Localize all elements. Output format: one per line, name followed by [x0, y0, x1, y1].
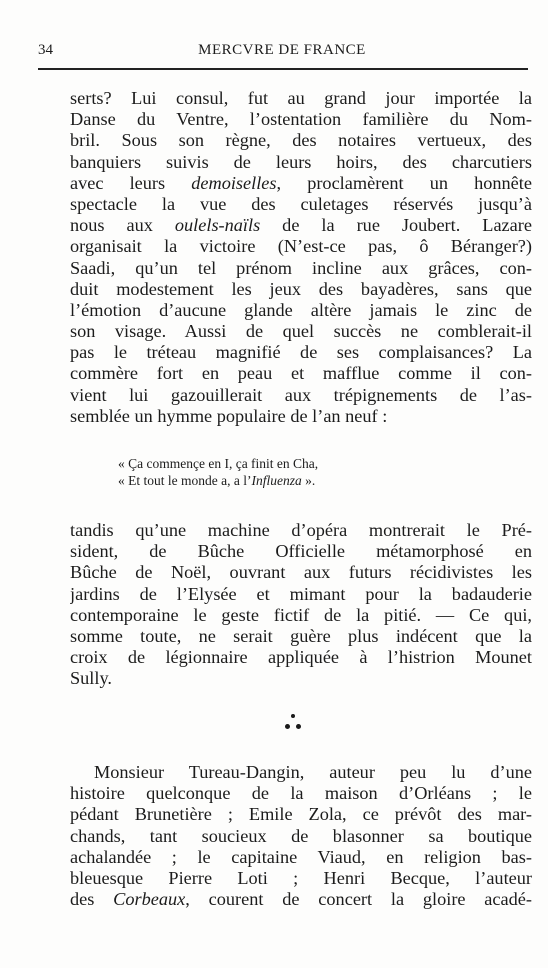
paragraph-2: tandis qu’une machine d’opéra montrerait…	[70, 520, 532, 690]
text-line: sident, de Bûche Officielle métamorphosé…	[70, 541, 532, 562]
text-line: serts? Lui consul, fut au grand jour imp…	[70, 88, 532, 109]
text-line: bleuesque Pierre Loti ; Henri Becque, l’…	[70, 868, 532, 889]
text-run: « Et tout le monde a, a l’	[118, 473, 251, 488]
text-line: spectacle la vue des culetages réservés …	[70, 194, 532, 215]
text-line: Monsieur Tureau-Dangin, auteur peu lu d’…	[70, 762, 532, 783]
verse-line: « Ça commençe en I, ça finit en Cha,	[118, 455, 418, 472]
text-line: semblée un hymme populaire de l’an neuf …	[70, 406, 532, 427]
running-title: MERCVRE DE FRANCE	[38, 42, 526, 59]
paragraph-1: serts? Lui consul, fut au grand jour imp…	[70, 88, 532, 427]
text-line: achalandée ; le capitaine Viaud, en reli…	[70, 847, 532, 868]
italic-term: oulels-naïls	[175, 215, 260, 235]
text-run: des	[70, 889, 113, 909]
text-line: tandis qu’une machine d’opéra montrerait…	[70, 520, 532, 541]
text-line: somme toute, ne serait guère plus indéce…	[70, 626, 532, 647]
text-line: avec leurs demoiselles, proclamèrent un …	[70, 173, 532, 194]
text-line: vient lui gazouillerait aux trépignement…	[70, 385, 532, 406]
text-line: Bûche de Noël, ouvrant aux futurs récidi…	[70, 562, 532, 583]
text-line: des Corbeaux, courent de concert la gloi…	[70, 889, 532, 910]
text-line: Saadi, qu’un tel prénom incline aux grâc…	[70, 258, 532, 279]
text-line: organisait la victoire (N’est-ce pas, ô …	[70, 236, 532, 257]
page-header: 34 MERCVRE DE FRANCE	[38, 42, 526, 64]
header-rule	[38, 68, 528, 70]
italic-term: Corbeaux	[113, 889, 185, 909]
text-line: histoire quelconque de la maison d’Orléa…	[70, 783, 532, 804]
italic-term: demoiselles	[191, 173, 276, 193]
text-run: de la rue Joubert. Lazare	[260, 215, 532, 235]
text-line: duit modestement les jeux des bayadères,…	[70, 279, 532, 300]
text-line: banquiers suivis de leurs hoirs, des cha…	[70, 152, 532, 173]
document-page: 34 MERCVRE DE FRANCE serts? Lui consul, …	[0, 0, 548, 968]
text-line: Danse du Ventre, l’ostentation familière…	[70, 109, 532, 130]
text-line: son visage. Aussi de quel succès ne comb…	[70, 321, 532, 342]
asterism-icon	[283, 712, 303, 736]
text-line: contemporaine le geste fictif de la piti…	[70, 605, 532, 626]
paragraph-3: Monsieur Tureau-Dangin, auteur peu lu d’…	[70, 762, 532, 910]
text-line: commère fort en peau et mafflue comme il…	[70, 363, 532, 384]
italic-term: Influenza	[251, 473, 301, 488]
text-line: nous aux oulels-naïls de la rue Joubert.…	[70, 215, 532, 236]
text-run: nous aux	[70, 215, 175, 235]
text-run: avec leurs	[70, 173, 191, 193]
text-line: pédant Brunetière ; Emile Zola, ce prévô…	[70, 804, 532, 825]
text-line: croix de légionnaire appliquée à l’histr…	[70, 647, 532, 668]
text-line: bril. Sous son règne, des notaires vertu…	[70, 130, 532, 151]
verse-quotation: « Ça commençe en I, ça finit en Cha, « E…	[118, 455, 418, 489]
text-run: ».	[302, 473, 316, 488]
text-line: pas le tréteau magnifié de ses complaisa…	[70, 342, 532, 363]
text-line: Sully.	[70, 668, 532, 689]
text-run: , courent de concert la gloire acadé-	[185, 889, 532, 909]
text-run: , proclamèrent un honnête	[277, 173, 532, 193]
verse-line: « Et tout le monde a, a l’Influenza ».	[118, 472, 418, 489]
text-line: jardins de l’Elysée et mimant pour la ba…	[70, 584, 532, 605]
text-line: chands, tant soucieux de blasonner sa bo…	[70, 826, 532, 847]
text-line: l’émotion d’aucune glande altère jamais …	[70, 300, 532, 321]
